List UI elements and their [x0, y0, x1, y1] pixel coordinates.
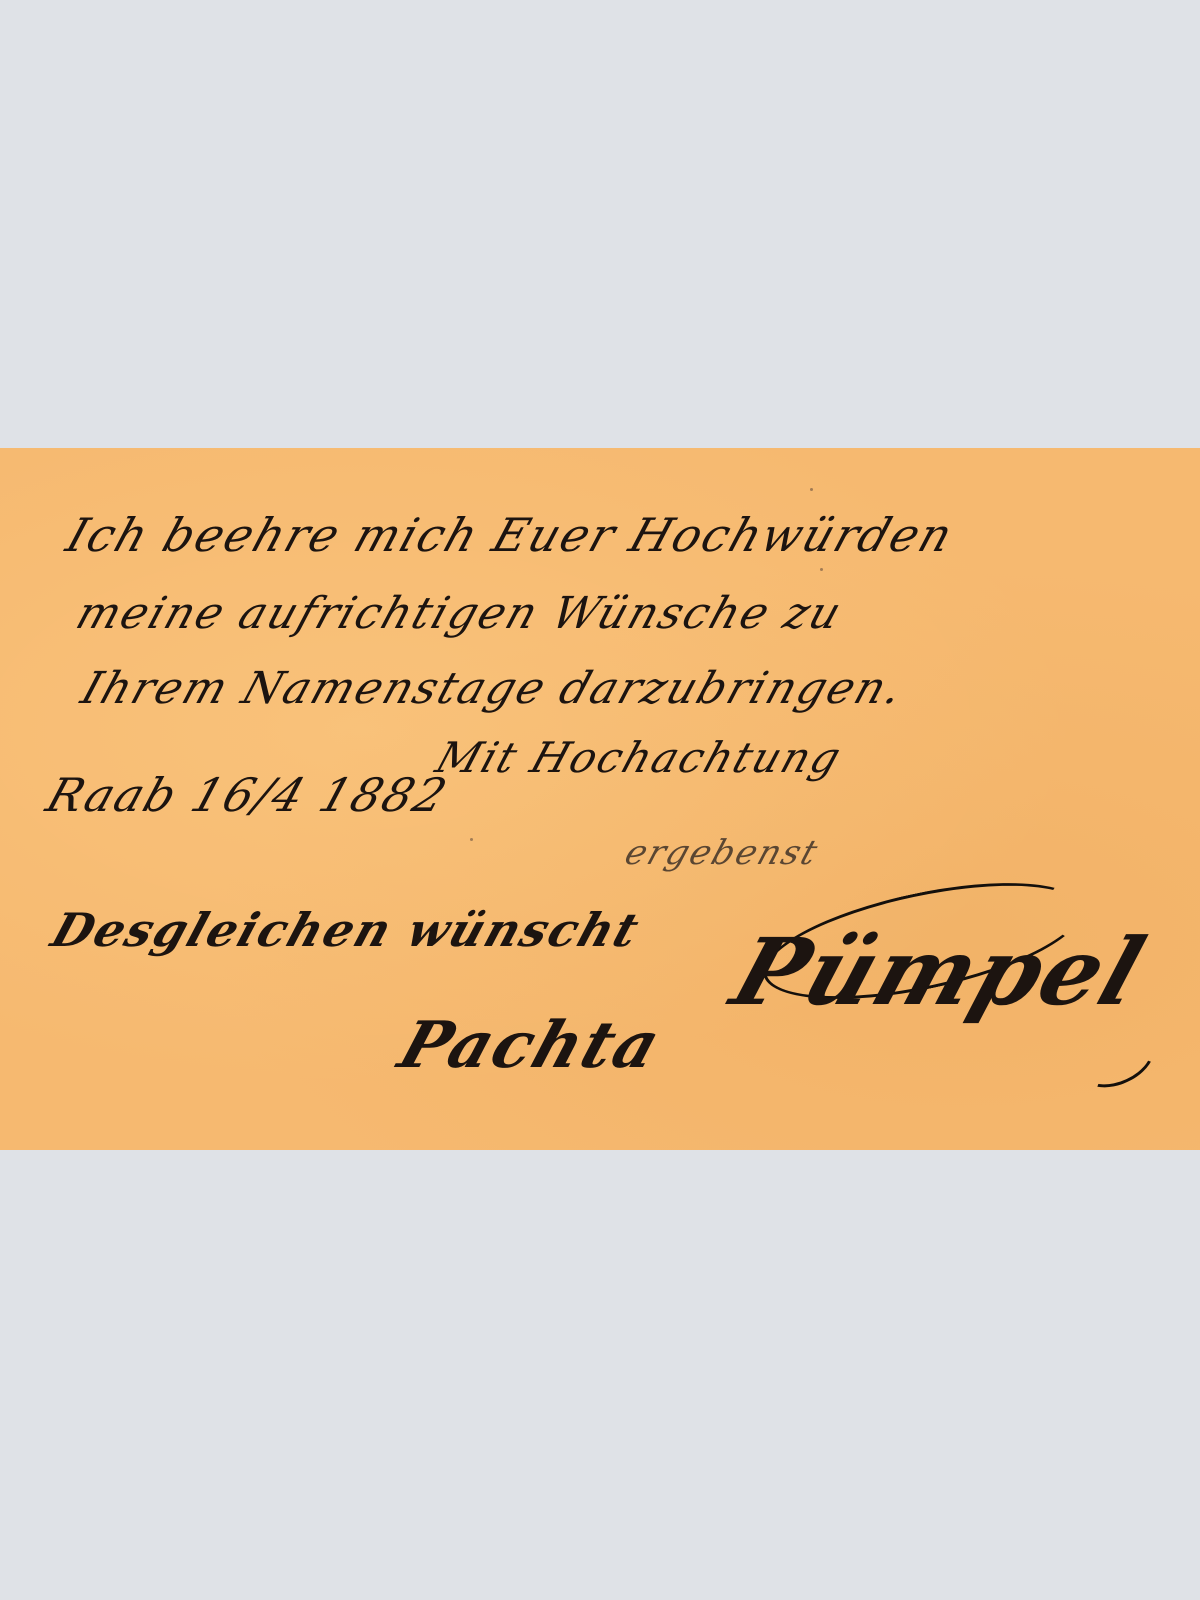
text-line-5: ergebenst [620, 833, 824, 873]
signature-1: Pachta [390, 1008, 671, 1083]
text-line-4: Mit Hochachtung [430, 733, 849, 782]
closing-line: Desgleichen wünscht [45, 903, 647, 957]
ink-speck [810, 488, 813, 491]
text-line-3: Ihrem Namenstage darzubringen. [75, 663, 911, 714]
ink-speck [820, 568, 823, 571]
text-line-1: Ich beehre mich Euer Hochwürden [60, 508, 961, 562]
signature-underline [1074, 1024, 1162, 1098]
ink-speck [470, 838, 473, 841]
place-date: Raab 16/4 1882 [40, 768, 455, 822]
postcard: Ich beehre mich Euer Hochwürden meine au… [0, 448, 1200, 1150]
signature-2: Pümpel [720, 918, 1158, 1026]
text-line-2: meine aufrichtigen Wünsche zu [70, 588, 849, 639]
